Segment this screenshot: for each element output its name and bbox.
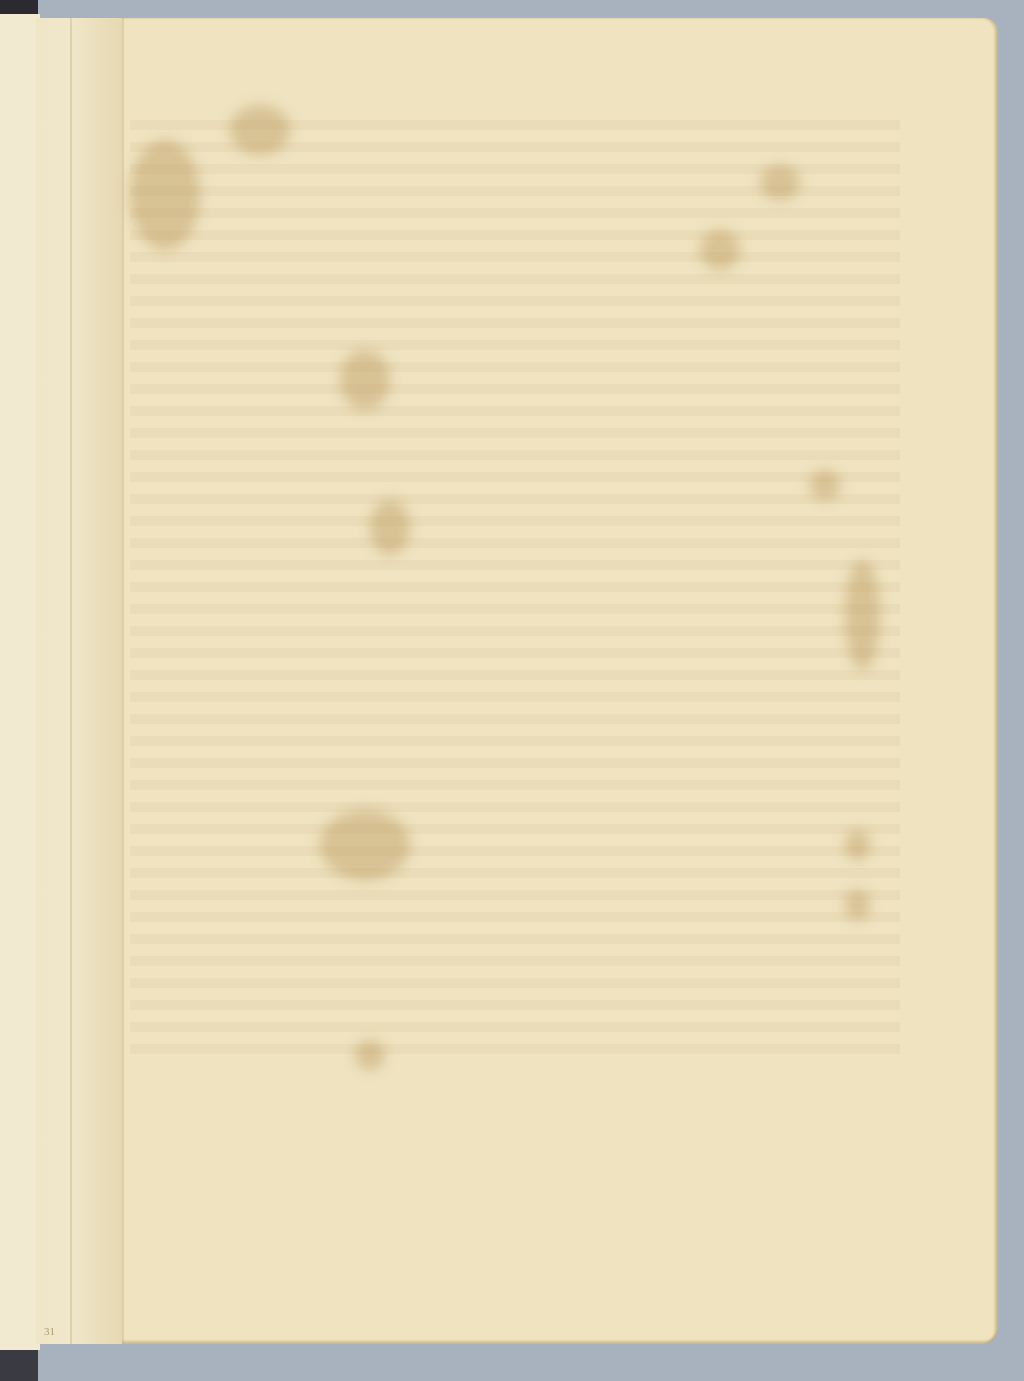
foxing-stain bbox=[340, 350, 390, 410]
foxing-stain bbox=[320, 810, 410, 880]
foxing-stain bbox=[810, 470, 840, 500]
foxing-stain bbox=[845, 890, 870, 920]
ink-bleed-through bbox=[130, 120, 900, 1060]
foxing-stain bbox=[130, 140, 200, 250]
page-corner-mark: 31 bbox=[44, 1326, 55, 1338]
foxing-stain bbox=[230, 105, 290, 155]
foxing-stain bbox=[370, 500, 410, 555]
book-cover-edge-bottom bbox=[0, 1348, 38, 1381]
foxing-stain bbox=[760, 165, 800, 200]
gutter-fold-line bbox=[70, 18, 72, 1344]
gutter-fold-line bbox=[122, 18, 124, 1344]
foxing-stain bbox=[355, 1040, 385, 1070]
foxing-stain bbox=[845, 560, 880, 670]
page-gutter bbox=[36, 18, 122, 1344]
foxing-stain bbox=[845, 830, 870, 860]
facing-page-edge bbox=[0, 14, 40, 1350]
foxing-stain bbox=[700, 230, 740, 270]
